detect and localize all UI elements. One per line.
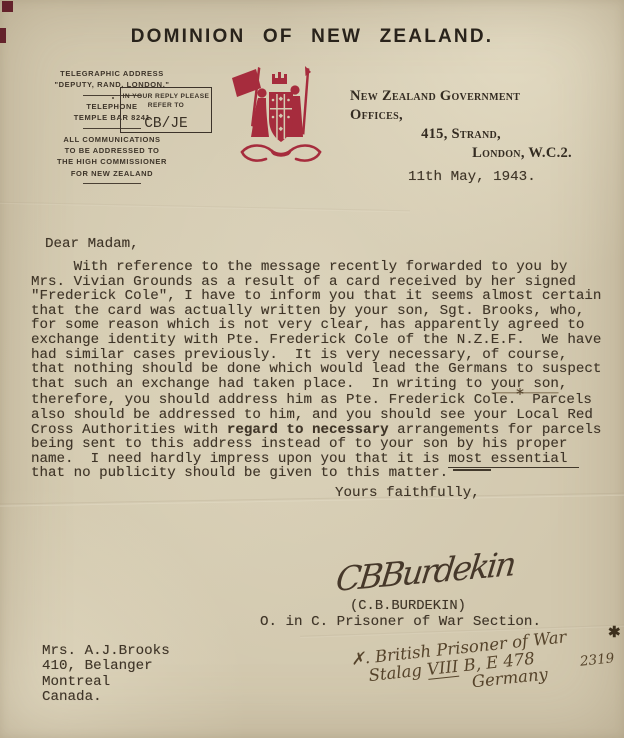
body-line: therefore, you should address him as Pte… [31, 391, 617, 408]
body-line: Cross Authorities with regard to necessa… [31, 423, 617, 438]
reference-code: CB/JE [121, 116, 211, 132]
scanned-letter-page: DOMINION OF NEW ZEALAND. TELEGRAPHIC ADD… [0, 0, 624, 738]
office-address-block: New Zealand Government Offices, 415, Str… [350, 87, 572, 163]
reply-box-line: IN YOUR REPLY PLEASE [121, 93, 211, 102]
letterhead-line: TELEGRAPHIC ADDRESS [14, 68, 210, 79]
communications-block: ALL COMMUNICATIONSTO BE ADDRESSED TOTHE … [14, 134, 210, 180]
body-line: that nothing should be done which would … [31, 362, 617, 377]
letter-date: 11th May, 1943. [408, 169, 536, 185]
recipient-address-block: Mrs. A.J.Brooks410, BelangerMontrealCana… [42, 644, 170, 706]
salutation: Dear Madam, [45, 236, 139, 252]
letterhead-line: THE HIGH COMMISSIONER [14, 156, 210, 167]
office-address-line: 415, Strand, [350, 125, 572, 144]
signatory-title: O. in C. Prisoner of War Section. [260, 614, 541, 630]
paper-crease [0, 492, 624, 507]
body-line: exchange identity with Pte. Frederick Co… [31, 333, 617, 348]
recipient-address-line: Montreal [42, 675, 170, 690]
letterhead-title: DOMINION OF NEW ZEALAND. [0, 26, 624, 48]
paper-crease [0, 202, 410, 213]
body-line: "Frederick Cole", I have to inform you t… [31, 289, 617, 304]
body-line: With reference to the message recently f… [31, 260, 617, 275]
body-line: Mrs. Vivian Grounds as a result of a car… [31, 275, 617, 290]
office-address-line: London, W.C.2. [350, 144, 572, 163]
ink-dot [112, 97, 114, 99]
handwritten-signature: CBBurdekin [334, 544, 516, 599]
body-line: for some reason which is not very clear,… [31, 318, 617, 333]
body-line: that such an exchange had taken place. I… [31, 377, 617, 392]
body-line: that no publicity should be given to thi… [31, 466, 617, 481]
recipient-address-line: 410, Belanger [42, 659, 170, 674]
closing-phrase: Yours faithfully, [335, 485, 480, 501]
body-line: had similar cases previously. It is very… [31, 348, 617, 363]
new-zealand-coat-of-arms-icon [228, 64, 328, 178]
signatory-name: (C.B.BURDEKIN) [350, 599, 466, 614]
letterhead-line: FOR NEW ZEALAND [14, 168, 210, 179]
office-address-line: New Zealand Government Offices, [350, 87, 572, 125]
divider [83, 183, 141, 184]
letter-body: With reference to the message recently f… [31, 260, 617, 481]
scan-corner-mark [2, 1, 13, 12]
reply-box-label: IN YOUR REPLY PLEASE REFER TO [121, 93, 211, 110]
body-line: being sent to this address instead of to… [31, 437, 617, 452]
reply-reference-box: IN YOUR REPLY PLEASE REFER TO CB/JE [120, 87, 212, 133]
letterhead-line: TO BE ADDRESSED TO [14, 145, 210, 156]
reply-box-line: REFER TO [121, 102, 211, 111]
letterhead-line: ALL COMMUNICATIONS [14, 134, 210, 145]
handwritten-asterisk-mark: ✱ [608, 623, 621, 641]
handwritten-pow-address: ✗. British Prisoner of WarStalag VIII B,… [350, 623, 618, 703]
body-line: also should be addressed to him, and you… [31, 408, 617, 423]
recipient-address-line: Canada. [42, 690, 170, 705]
